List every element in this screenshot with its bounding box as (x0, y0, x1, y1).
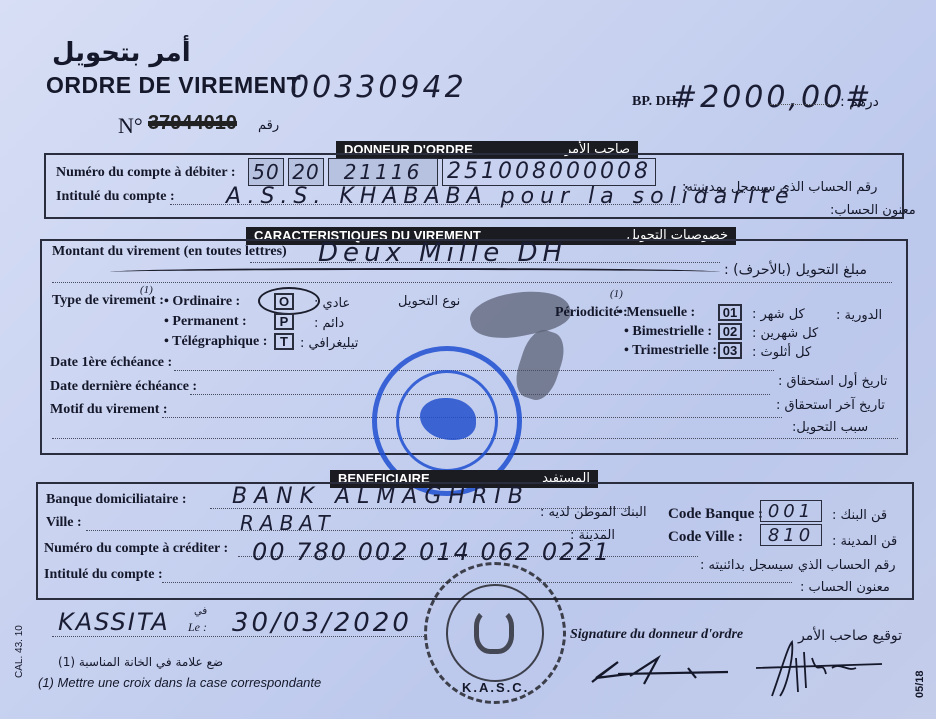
amount-words-value[interactable]: Deux Mille DH (318, 238, 567, 268)
type-telegraphique-checkbox[interactable]: T (274, 333, 294, 350)
period-quarterly-label-arabic: كل أثلوث : (752, 345, 811, 360)
transfer-type-label: Type de virement : (52, 293, 164, 309)
place-value[interactable]: KASSITA (58, 608, 170, 636)
type-telegraphique-label: • Télégraphique : (164, 334, 267, 350)
signature-label: Signature du donneur d'ordre (570, 627, 743, 643)
city-code-label-arabic: قن المدينة : (832, 534, 897, 549)
account-title-label: Intitulé du compte : (56, 189, 175, 205)
credit-title-label-arabic: معنون الحساب : (800, 580, 890, 595)
transfer-order-form: أمر بتحويل ORDRE DE VIREMENT 00330942 N°… (0, 0, 936, 719)
footnote: (1) Mettre une croix dans la case corres… (38, 675, 321, 690)
type-permanent-label: • Permanent : (164, 314, 247, 330)
type-telegraphique-label-arabic: تيليغرافي : (300, 336, 358, 351)
city-value[interactable]: RABAT (240, 511, 336, 535)
periodicity-label-arabic: الدورية : (836, 308, 882, 323)
selected-circle-mark (258, 287, 320, 315)
debit-account-label: Numéro du compte à débiter : (56, 165, 236, 181)
city-label: Ville : (46, 515, 82, 531)
account-title-label-arabic: معنون الحساب: (830, 203, 916, 218)
account-title-value[interactable]: A.S.S. KHABABA pour la solidarité (226, 184, 795, 209)
bank-value[interactable]: BANK ALMAGHRIB (232, 484, 530, 509)
number-label-arabic: رقم (258, 118, 279, 133)
city-code-label: Code Ville : (668, 529, 743, 546)
credit-account-label-arabic: رقم الحساب الذي سيسجل بدائنيته : (700, 558, 896, 573)
account-digits-2[interactable]: 20 (288, 158, 324, 186)
account-digits-4[interactable]: 251008000008 (442, 158, 656, 186)
association-logo-icon (474, 608, 514, 654)
account-digits-3[interactable]: 21116 (328, 158, 438, 186)
amount-words-label: Montant du virement (en toutes lettres) (52, 244, 287, 260)
signature-2-scribble (752, 638, 888, 700)
form-version: 05/18 (914, 670, 926, 698)
date-label: Le : (188, 620, 207, 635)
footnote-marker: (1) (610, 288, 623, 300)
bank-code-label-arabic: قن البنك : (832, 508, 887, 523)
motif-label-arabic: سبب التحويل: (792, 420, 868, 435)
amount-label-arabic: : درهم (840, 94, 879, 110)
period-monthly-checkbox[interactable]: 01 (718, 304, 742, 321)
handwritten-order-number: 00330942 (290, 70, 467, 105)
city-code-field[interactable]: 810 (760, 524, 822, 546)
signature-1-scribble (588, 652, 736, 686)
first-date-label: Date 1ère échéance : (50, 355, 172, 371)
period-monthly-label: • Mensuelle : (618, 305, 695, 321)
first-date-label-arabic: تاريخ أول استحقاق : (778, 374, 887, 389)
bank-label-arabic: البنك الموطن لديه : (540, 505, 647, 520)
motif-label: Motif du virement : (50, 402, 168, 418)
last-date-label-arabic: تاريخ آخر استحقاق : (776, 398, 885, 413)
form-reference: CAL. 43. 10 (14, 625, 25, 678)
period-bimonthly-label-arabic: كل شهرين : (752, 326, 818, 341)
period-quarterly-checkbox[interactable]: 03 (718, 342, 742, 359)
form-title-arabic: أمر بتحويل (52, 38, 191, 68)
bank-label: Banque domiciliataire : (46, 492, 187, 508)
periodicity-label: Périodicité : (555, 305, 628, 321)
signature-1[interactable] (588, 652, 736, 686)
bank-code-label: Code Banque : (668, 506, 763, 523)
period-monthly-label-arabic: كل شهر : (752, 307, 805, 322)
amount-words-label-arabic: مبلغ التحويل (بالأحرف) : (724, 262, 867, 278)
transfer-type-label-arabic: نوع التحويل (398, 294, 460, 309)
association-stamp-label: K.A.S.C. (462, 680, 529, 695)
type-ordinaire-label: • Ordinaire : (164, 294, 240, 310)
number-label: N° (118, 113, 143, 139)
signature-2[interactable] (752, 638, 888, 700)
credit-title-label: Intitulé du compte : (44, 567, 163, 583)
period-bimonthly-label: • Bimestrielle : (624, 324, 712, 340)
number-value-redacted: 37944010 (148, 112, 237, 135)
date-value[interactable]: 30/03/2020 (232, 608, 412, 638)
bank-code-field[interactable]: 001 (760, 500, 822, 522)
footnote-arabic: ضع علامة في الخانة المناسبة (1) (58, 655, 223, 669)
type-permanent-label-arabic: دائم : (314, 316, 344, 331)
type-permanent-checkbox[interactable]: P (274, 313, 294, 330)
account-digits-1[interactable]: 50 (248, 158, 284, 186)
form-title: ORDRE DE VIREMENT (46, 72, 301, 99)
period-quarterly-label: • Trimestrielle : (624, 343, 717, 359)
handwritten-strike-line (110, 268, 720, 276)
period-bimonthly-checkbox[interactable]: 02 (718, 323, 742, 340)
last-date-label: Date dernière échéance : (50, 379, 197, 395)
amount-dotted-line (770, 104, 836, 105)
credit-account-value[interactable]: 00 780 002 014 062 0221 (252, 538, 611, 566)
debit-account-field[interactable]: 50 20 21116 251008000008 (248, 158, 656, 186)
date-label-arabic: في (194, 606, 207, 617)
type-ordinaire-label-arabic: عادي : (314, 296, 350, 311)
credit-account-label: Numéro du compte à créditer : (44, 541, 228, 557)
amount-words-line-2 (52, 282, 892, 283)
city-field-line (86, 530, 606, 531)
